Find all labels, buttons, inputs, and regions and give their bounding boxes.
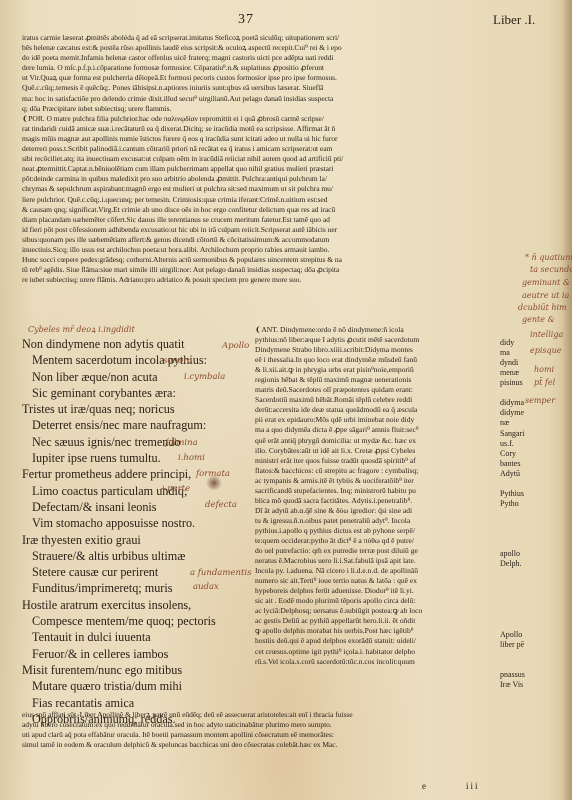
text-line: pōt:deinde carmina in quibus maledixit p… [22, 174, 542, 184]
running-head: 37 Liber .I. [0, 12, 572, 32]
handwritten-note: * n̄ quatiunt [525, 253, 572, 262]
side-note: menæ [500, 368, 519, 378]
handwritten-note: semper [525, 396, 555, 405]
text-line: ❨ANT. Dindymene:ordo ē nō dindymene:ñ ic… [255, 325, 495, 335]
side-note: Cory [500, 449, 516, 459]
text-line: & li.xii.ait.ꝙ in phrygia urbs erat pisi… [255, 365, 495, 375]
side-note: pisinus [500, 378, 523, 388]
text-line: re iubet subiectisq; urere flāmis. Adria… [22, 275, 542, 285]
poem-line: Mentem sacerdotum incola pythius: [22, 352, 242, 368]
text-line: Dindymene Strabo libro.xiiii.scribit:Did… [255, 345, 495, 355]
page-edge [562, 0, 572, 800]
text-line: tū reb⁹ agēdis. Siue flāma:siue mari sim… [22, 265, 542, 275]
text-line: ❨POR. O matre pulchra filia pulchrior.ha… [22, 114, 542, 124]
poem-line: Feruor/& in celleres iambos [22, 646, 242, 662]
handwritten-note: dcubiūt him [518, 303, 567, 312]
side-note: ma [500, 348, 510, 358]
text-line: rat tindaridi cuidā amicæ suæ.i.recātatu… [22, 124, 542, 134]
interlinear-gloss: i.homi [178, 453, 205, 463]
interlinear-gloss: Apollo [222, 341, 249, 351]
text-line: adytū libero cōsecratum:ex quo reddebātu… [22, 720, 542, 730]
text-line: diam placandam uæhemēter cōfert.Sic dauu… [22, 215, 542, 225]
text-line: tu & igressu.ñ.n.oibus patet penetraliū … [255, 516, 495, 526]
side-note: Pythius [500, 489, 524, 499]
interlinear-gloss: +perte [160, 484, 190, 494]
text-line: & causam qnq; significat.Virg.Et crimie … [22, 205, 542, 215]
side-note: didyme [500, 408, 524, 418]
handwritten-note: episque [530, 346, 562, 355]
text-line: ac lyciā:Delphosq; uersatus ē.subiūgit p… [255, 606, 495, 616]
side-note: liber pē [500, 640, 524, 650]
text-line: do uel putrefactio: qm̄ ex putredie terr… [255, 546, 495, 556]
ink-stain [205, 476, 223, 490]
signature-number: iii [466, 781, 480, 791]
interlinear-gloss: sonora [163, 356, 192, 366]
text-line: hypeboreis delphos ferūt aduenisse. Diod… [255, 586, 495, 596]
text-line: pythius:nō liber:æque I adytis ꝓcutit mē… [255, 335, 495, 345]
text-line: illo. Corybātes:aūt ut idē ait li.x. Cre… [255, 446, 495, 456]
bottom-commentary: eius spū afflati sūt. Liber Apollinē & l… [22, 710, 542, 750]
side-note: apollo [500, 549, 520, 559]
text-line: bēs helenæ cæcatus est:& postēa rūso apo… [22, 43, 542, 53]
text-line: ut Vir.Quaꝝ quæ forma est pulcherria dēi… [22, 73, 542, 83]
text-line: sacrificandū stupefacientes. Inq; minist… [255, 486, 495, 496]
text-line: chrymas & sepulchrum aspirabant:magnū er… [22, 184, 542, 194]
text-line: blica mō quodā sacra factitātes. Adytis.… [255, 496, 495, 506]
side-note: pnassus [500, 670, 525, 680]
text-line: neratus ē.Macrobius uero li.i.Sat.fabulā… [255, 556, 495, 566]
running-title: Liber .I. [493, 12, 535, 28]
folio-number: 37 [238, 12, 254, 28]
text-line: sibus:quonam pes ille uæhemētiam affert:… [22, 235, 542, 245]
manuscript-heading: Cybeles mr̄ deoꝝ i.ingdidit [28, 324, 135, 335]
text-line: sibi recōciliet.atq; ita inuectiuam excu… [22, 154, 542, 164]
side-note: Delph. [500, 559, 522, 569]
side-note: Pytho [500, 499, 519, 509]
handwritten-note: homi [534, 365, 554, 374]
interlinear-gloss: i.cymbala [184, 372, 225, 382]
text-line: pii erat ex epidauro:Mōs qdē urbi imineb… [255, 415, 495, 425]
text-line: quē erāt antiq̄ phrygū domicilia: ut myd… [255, 436, 495, 446]
text-line: rū.s.Vel icola.s.corū sacerdotū:tūc.n.co… [255, 657, 495, 667]
text-line: dere lumia. O mſc.p.f.p.i.cōparatione fo… [22, 63, 542, 73]
text-line: magis mūis magnæ aut apollinis numie īst… [22, 134, 542, 144]
text-line: flatos:& bacchicos: cū strepitu ac frago… [255, 466, 495, 476]
text-line: eē i thessalia.In quo loco erat dindymēæ… [255, 355, 495, 365]
text-line: Sacerdotiū maximū hēbāt.Romāi tēplū cele… [255, 395, 495, 405]
text-line: Incola py. i.aduena. Nā cicero i li.d.e.… [255, 566, 495, 576]
text-line: iratus carmie læserat ꝓmittēs aboléda q̄… [22, 33, 542, 43]
poem-line: Misit furentem/nunc ego mitibus [22, 662, 242, 678]
text-line: simul tamē in eodem & oraculum delphicū … [22, 740, 542, 750]
handwritten-note: intelliga [530, 330, 563, 339]
book-page: 37 Liber .I. iratus carmie læserat ꝓmitt… [0, 0, 572, 800]
text-line: id fieri pōt post cōfessionem adhibenda … [22, 225, 542, 235]
signature-letter: e [422, 781, 428, 791]
side-note: didy [500, 338, 514, 348]
interlinear-gloss: a fundamentis [190, 568, 251, 578]
text-line: te:quem occiderat:pytho āt dict⁹ ē a πύθ… [255, 536, 495, 546]
interlinear-gloss: audax [193, 582, 219, 592]
poem-line: Vim stomacho apposuisse nostro. [22, 515, 242, 531]
poem-line: Iræ thyesten exitio graui [22, 532, 242, 548]
text-line: Dī āt adytū ab.α.q̄ē sine & δύω igredior… [255, 506, 495, 516]
poem-line: Deterret ensis/nec mare naufragum: [22, 417, 242, 433]
interlinear-gloss: defecta [205, 500, 237, 510]
text-line: liere pulchrior. Quē.c.cūq;.i.quecunq; p… [22, 195, 542, 205]
poem-line: Nec sæuus ignis/nec tremendo [22, 434, 242, 450]
text-line: derūt:accersita ide deæ statua queādmodū… [255, 405, 495, 415]
text-line: regionis hēbat & tēplū maximū magnæ uene… [255, 375, 495, 385]
side-note: bantes [500, 459, 520, 469]
text-line: uti apud clarū aq̄ pota effabātur oracul… [22, 730, 542, 740]
text-line: deterreri poss.t.Scribit palinodiā.i.can… [22, 144, 542, 154]
side-note: Apollo [500, 630, 522, 640]
text-line: inuectiuis.Sicq; illo usus est archiloch… [22, 245, 542, 255]
right-commentary: ❨ANT. Dindymene:ordo ē nō dindymene:ñ ic… [255, 325, 495, 667]
text-line: ac gestis Deliū ac pythiū appellarūt her… [255, 616, 495, 626]
poem-line: Tentauit in dulci iuuenta [22, 629, 242, 645]
poem-line: Non dindymene non adytis quatit [22, 336, 242, 352]
side-note: Sangari [500, 429, 524, 439]
text-line: Quē.c.cūq;.temesis ē quēcūq;. Pones iābi… [22, 83, 542, 93]
interlinear-gloss: fulmina [165, 438, 198, 448]
handwritten-note: gente & [522, 315, 555, 324]
text-line: q; dōa Præcipitare iubet subiectisq; ure… [22, 104, 542, 114]
text-line: matris deū.Sacerdotes olī præpotentes qu… [255, 385, 495, 395]
text-line: pythius.i.apollo q pythius dictus est ab… [255, 526, 495, 536]
poem-line: Strauere/& altis urbibus ultimæ [22, 548, 242, 564]
text-line: ma: hoc in satisfactiōe pro delendo crim… [22, 94, 542, 104]
poem-line: Mutare quæro tristia/dum mihi [22, 678, 242, 694]
side-note: us.f. [500, 439, 514, 449]
side-note: Adytū [500, 469, 520, 479]
poem-line: Compesce mentem/me quoq; pectoris [22, 613, 242, 629]
side-note: Iræ Vis [500, 680, 523, 690]
text-line: ꝙ apollo delphis morabat his uerbis.Post… [255, 626, 495, 636]
poem-line: Iupiter ipse ruens tumultu. [22, 450, 242, 466]
text-line: neat ꝓtermittit.Captat.n.bēniuolētiam cu… [22, 164, 542, 174]
side-note: didyma [500, 398, 524, 408]
text-line: ac tympanis & armis.itē ēt tybiis & uoci… [255, 476, 495, 486]
text-line: Hunc socci cœpere pedes:grādesq; cothurn… [22, 255, 542, 265]
side-note: dyndi [500, 358, 518, 368]
poem-line: Sic geminant corybantes æra: [22, 385, 242, 401]
text-line: cet crœsus.optime igit pythi⁹ içola.i. h… [255, 647, 495, 657]
text-line: hostiis deū.qui ē apud delphos exorādū s… [255, 636, 495, 646]
handwritten-note: aeutre ut ia [522, 291, 569, 300]
poem-line: Fias recantatis amica [22, 695, 242, 711]
poem-line: Tristes ut iræ/quas neq; noricus [22, 401, 242, 417]
side-note: næ [500, 418, 509, 428]
text-line: ma a quo didymēa dicta ē ꝓpe sāgari⁹ amn… [255, 425, 495, 435]
text-line: eius spū afflati sūt. Liber Apollinē & l… [22, 710, 542, 720]
text-line: numero sic ait.Terti⁹ ioue tertio natus … [255, 576, 495, 586]
poem-text: Non dindymene non adytis quatitMentem sa… [22, 336, 242, 727]
handwritten-note: geminant & [522, 278, 570, 287]
text-line: ministri erāt iter quos fuisse tradūt qu… [255, 456, 495, 466]
top-commentary: iratus carmie læserat ꝓmittēs aboléda q̄… [22, 33, 542, 285]
handwritten-note: pt̄ fel [534, 378, 555, 387]
handwritten-note: ta secundog [530, 265, 572, 274]
text-line: do idē poeta memit.Infamis helenæ castor… [22, 53, 542, 63]
poem-line: Hostile aratrum exercitus insolens, [22, 597, 242, 613]
text-line: sic ait . Eodē modo plurimū tēporis apol… [255, 596, 495, 606]
